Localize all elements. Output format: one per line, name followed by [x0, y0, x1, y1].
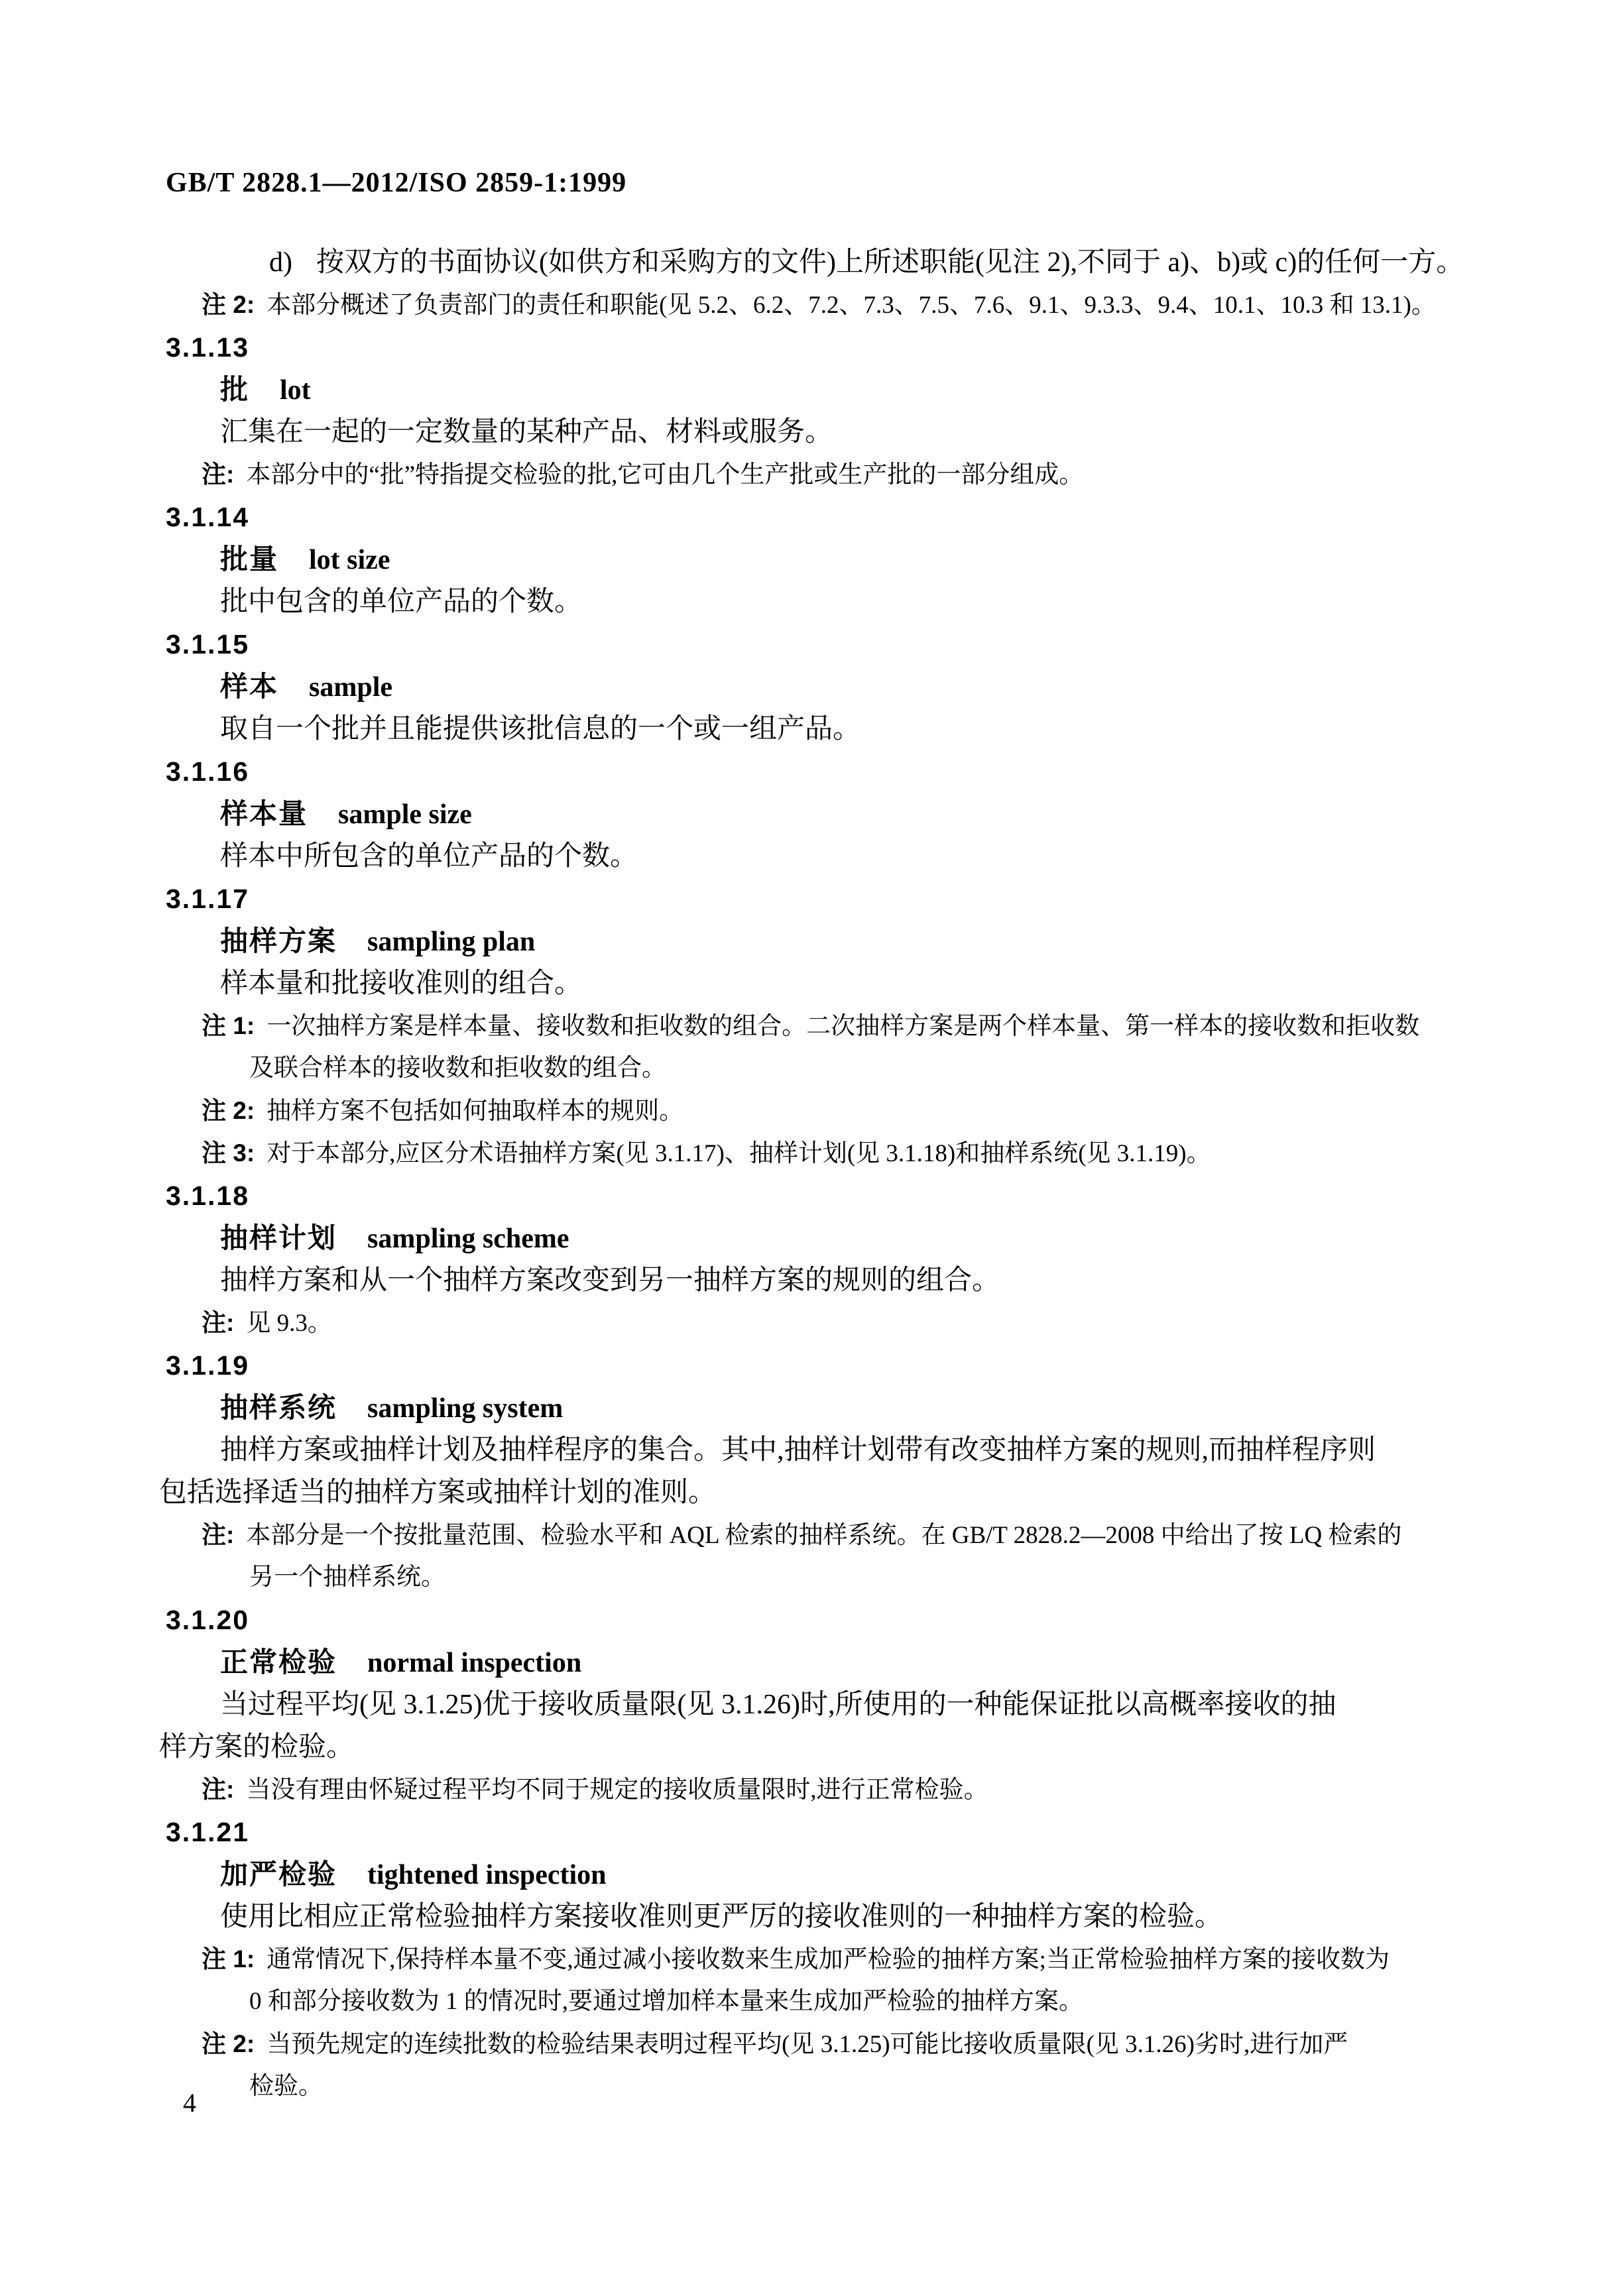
term-chinese: 正常检验	[220, 1646, 337, 1678]
term-chinese: 批量	[220, 544, 278, 575]
note-text: 本部分概述了负责部门的责任和职能(见 5.2、6.2、7.2、7.3、7.5、7…	[267, 292, 1436, 319]
term-heading: 抽样方案sampling plan	[159, 920, 1458, 962]
term-heading: 抽样计划sampling scheme	[159, 1217, 1458, 1259]
section-number: 3.1.20	[159, 1599, 1458, 1641]
term-english: lot size	[309, 545, 390, 575]
term-heading: 批量lot size	[159, 538, 1458, 581]
section-number: 3.1.18	[159, 1175, 1458, 1217]
term-chinese: 样本	[220, 671, 278, 702]
term-english: sampling plan	[367, 927, 535, 957]
standard-code-header: GB/T 2828.1—2012/ISO 2859-1:1999	[166, 167, 626, 199]
note-label: 注 2:	[202, 291, 255, 318]
definition-line: 汇集在一起的一定数量的某种产品、材料或服务。	[159, 411, 1458, 453]
note-line: 注:当没有理由怀疑过程平均不同于规定的接收质量限时,进行正常检验。	[159, 1768, 1458, 1811]
term-chinese: 抽样系统	[220, 1392, 337, 1423]
section-number: 3.1.15	[159, 623, 1458, 665]
term-chinese: 样本量	[220, 798, 308, 829]
definition-line-continued: 包括选择适当的抽样方案或抽样计划的准则。	[159, 1471, 1458, 1514]
section-number: 3.1.17	[159, 878, 1458, 920]
term-chinese: 抽样方案	[220, 925, 337, 956]
definition-line: 样本中所包含的单位产品的个数。	[159, 835, 1458, 878]
note-line: 注 2:本部分概述了负责部门的责任和职能(见 5.2、6.2、7.2、7.3、7…	[159, 284, 1458, 326]
term-english: sample size	[338, 799, 472, 830]
term-heading: 抽样系统sampling system	[159, 1387, 1458, 1429]
term-heading: 样本量sample size	[159, 793, 1458, 835]
section-number: 3.1.13	[159, 326, 1458, 369]
note-label: 注 2:	[202, 2030, 255, 2057]
note-line-continued: 及联合样本的接收数和拒收数的组合。	[159, 1047, 1458, 1090]
document-page: GB/T 2828.1—2012/ISO 2859-1:1999 d)按双方的书…	[0, 0, 1603, 2296]
term-heading: 正常检验normal inspection	[159, 1641, 1458, 1684]
note-text: 当没有理由怀疑过程平均不同于规定的接收质量限时,进行正常检验。	[246, 1776, 988, 1804]
note-line: 注:本部分中的“批”特指提交检验的批,它可由几个生产批或生产批的一部分组成。	[159, 453, 1458, 496]
page-number: 4	[183, 2087, 196, 2120]
note-line: 注:见 9.3。	[159, 1302, 1458, 1344]
term-heading: 样本sample	[159, 665, 1458, 708]
item-text: 按双方的书面协议(如供方和采购方的文件)上所述职能(见注 2),不同于 a)、b…	[316, 247, 1464, 278]
definition-line: 当过程平均(见 3.1.25)优于接收质量限(见 3.1.26)时,所使用的一种…	[159, 1684, 1458, 1726]
definition-line: 样本量和批接收准则的组合。	[159, 962, 1458, 1005]
term-chinese: 加严检验	[220, 1859, 337, 1890]
term-chinese: 批	[220, 374, 249, 405]
section-number: 3.1.19	[159, 1344, 1458, 1387]
term-heading: 加严检验tightened inspection	[159, 1853, 1458, 1896]
term-english: sample	[309, 672, 392, 703]
definition-line: 取自一个批并且能提供该批信息的一个或一组产品。	[159, 708, 1458, 750]
term-english: lot	[280, 375, 311, 406]
note-line: 注 3:对于本部分,应区分术语抽样方案(见 3.1.17)、抽样计划(见 3.1…	[159, 1132, 1458, 1175]
definition-line: 抽样方案和从一个抽样方案改变到另一抽样方案的规则的组合。	[159, 1259, 1458, 1302]
note-text: 见 9.3。	[246, 1310, 332, 1337]
document-content: d)按双方的书面协议(如供方和采购方的文件)上所述职能(见注 2),不同于 a)…	[159, 241, 1458, 2108]
term-english: normal inspection	[367, 1648, 581, 1678]
note-label: 注 3:	[202, 1139, 255, 1167]
note-text: 当预先规定的连续批数的检验结果表明过程平均(见 3.1.25)可能比接收质量限(…	[267, 2031, 1348, 2058]
note-text: 抽样方案不包括如何抽取样本的规则。	[267, 1098, 683, 1125]
note-line: 注 1:一次抽样方案是样本量、接收数和拒收数的组合。二次抽样方案是两个样本量、第…	[159, 1005, 1458, 1047]
note-text: 本部分是一个按批量范围、检验水平和 AQL 检索的抽样系统。在 GB/T 282…	[246, 1522, 1401, 1549]
term-english: sampling system	[367, 1393, 563, 1424]
note-text: 一次抽样方案是样本量、接收数和拒收数的组合。二次抽样方案是两个样本量、第一样本的…	[267, 1013, 1419, 1040]
definition-line-continued: 样方案的检验。	[159, 1726, 1458, 1768]
section-number: 3.1.21	[159, 1811, 1458, 1853]
note-text: 对于本部分,应区分术语抽样方案(见 3.1.17)、抽样计划(见 3.1.18)…	[267, 1140, 1211, 1167]
list-item: d)按双方的书面协议(如供方和采购方的文件)上所述职能(见注 2),不同于 a)…	[159, 241, 1458, 284]
note-line-continued: 0 和部分接收数为 1 的情况时,要通过增加样本量来生成加严检验的抽样方案。	[159, 1980, 1458, 2023]
note-line: 注 1:通常情况下,保持样本量不变,通过减小接收数来生成加严检验的抽样方案;当正…	[159, 1938, 1458, 1980]
item-label: d)	[269, 247, 292, 278]
note-label: 注:	[202, 1521, 234, 1548]
definition-line: 使用比相应正常检验抽样方案接收准则更严厉的接收准则的一种抽样方案的检验。	[159, 1896, 1458, 1938]
note-line-continued: 另一个抽样系统。	[159, 1556, 1458, 1599]
note-line: 注 2:当预先规定的连续批数的检验结果表明过程平均(见 3.1.25)可能比接收…	[159, 2023, 1458, 2065]
note-label: 注 1:	[202, 1945, 255, 1973]
note-label: 注 1:	[202, 1012, 255, 1039]
note-label: 注:	[202, 1309, 234, 1336]
note-line: 注 2:抽样方案不包括如何抽取样本的规则。	[159, 1090, 1458, 1132]
note-label: 注:	[202, 461, 234, 488]
note-label: 注:	[202, 1776, 234, 1803]
note-text: 通常情况下,保持样本量不变,通过减小接收数来生成加严检验的抽样方案;当正常检验抽…	[267, 1946, 1390, 1973]
term-english: sampling scheme	[367, 1224, 569, 1254]
section-number: 3.1.16	[159, 750, 1458, 793]
term-heading: 批lot	[159, 369, 1458, 411]
note-label: 注 2:	[202, 1097, 255, 1124]
note-line-continued: 检验。	[159, 2065, 1458, 2108]
definition-line: 抽样方案或抽样计划及抽样程序的集合。其中,抽样计划带有改变抽样方案的规则,而抽样…	[159, 1429, 1458, 1471]
term-chinese: 抽样计划	[220, 1222, 337, 1253]
note-text: 本部分中的“批”特指提交检验的批,它可由几个生产批或生产批的一部分组成。	[246, 461, 1083, 488]
definition-line: 批中包含的单位产品的个数。	[159, 581, 1458, 623]
note-line: 注:本部分是一个按批量范围、检验水平和 AQL 检索的抽样系统。在 GB/T 2…	[159, 1514, 1458, 1556]
term-english: tightened inspection	[367, 1860, 607, 1890]
section-number: 3.1.14	[159, 496, 1458, 538]
